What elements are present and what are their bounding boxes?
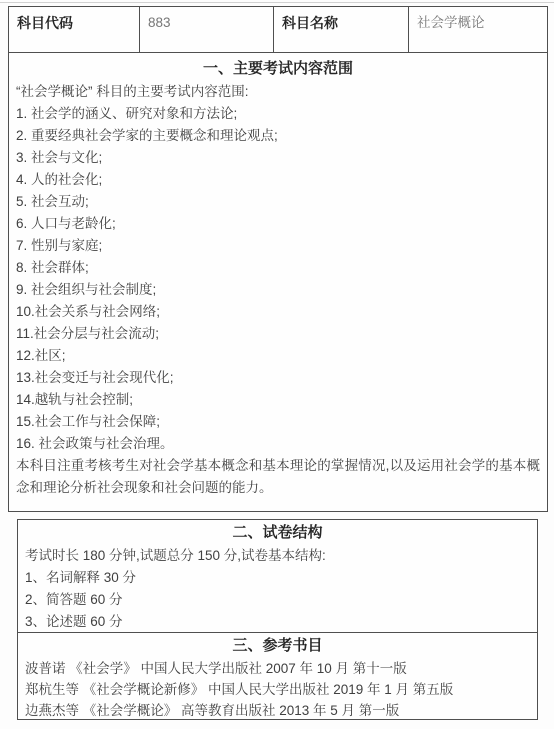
reference-book-1: 波普诺 《社会学》 中国人民大学出版社 2007 年 10 月 第十一版 — [25, 658, 530, 679]
scope-item-3: 3. 社会与文化; — [16, 147, 540, 169]
document-page: 科目代码 883 科目名称 社会学概论 一、主要考试内容范围 “社会学概论” 科… — [0, 0, 554, 729]
scope-item-14: 14.越轨与社会控制; — [16, 389, 540, 411]
scope-item-16: 16. 社会政策与社会治理。 — [16, 433, 540, 455]
scope-item-1: 1. 社会学的涵义、研究对象和方法论; — [16, 103, 540, 125]
scope-item-9: 9. 社会组织与社会制度; — [16, 279, 540, 301]
scope-item-6: 6. 人口与老龄化; — [16, 213, 540, 235]
scope-item-5: 5. 社会互动; — [16, 191, 540, 213]
subject-header-row: 科目代码 883 科目名称 社会学概论 — [9, 7, 547, 53]
scope-section-title: 一、主要考试内容范围 — [16, 56, 540, 81]
page-top-divider — [0, 2, 554, 3]
scope-item-12: 12.社区; — [16, 345, 540, 367]
scope-note: 本科目注重考核考生对社会学基本概念和基本理论的掌握情况,以及运用社会学的基本概念… — [16, 455, 540, 499]
scope-item-10: 10.社会关系与社会网络; — [16, 301, 540, 323]
main-scope-section: 一、主要考试内容范围 “社会学概论” 科目的主要考试内容范围: 1. 社会学的涵… — [9, 53, 547, 503]
reference-book-2: 郑杭生等 《社会学概论新修》 中国人民大学出版社 2019 年 1 月 第五版 — [25, 679, 530, 700]
subject-name-value: 社会学概论 — [409, 7, 547, 52]
scope-item-11: 11.社会分层与社会流动; — [16, 323, 540, 345]
scope-item-2: 2. 重要经典社会学家的主要概念和理论观点; — [16, 125, 540, 147]
scope-intro: “社会学概论” 科目的主要考试内容范围: — [16, 81, 540, 103]
reference-books-title: 三、参考书目 — [25, 634, 530, 658]
subject-name-label: 科目名称 — [274, 7, 409, 52]
exam-structure-summary: 考试时长 180 分钟,试题总分 150 分,试卷基本结构: — [25, 545, 530, 567]
scope-item-4: 4. 人的社会化; — [16, 169, 540, 191]
subject-code-label: 科目代码 — [9, 7, 140, 52]
scope-item-15: 15.社会工作与社会保障; — [16, 411, 540, 433]
exam-structure-section: 二、试卷结构 考试时长 180 分钟,试题总分 150 分,试卷基本结构: 1、… — [18, 520, 537, 633]
scope-item-13: 13.社会变迁与社会现代化; — [16, 367, 540, 389]
syllabus-table: 科目代码 883 科目名称 社会学概论 一、主要考试内容范围 “社会学概论” 科… — [8, 6, 548, 512]
reference-book-3: 边燕杰等 《社会学概论》 高等教育出版社 2013 年 5 月 第一版 — [25, 700, 530, 720]
exam-info-table: 二、试卷结构 考试时长 180 分钟,试题总分 150 分,试卷基本结构: 1、… — [17, 519, 538, 720]
scope-item-7: 7. 性别与家庭; — [16, 235, 540, 257]
subject-code-value: 883 — [140, 7, 274, 52]
reference-books-section: 三、参考书目 波普诺 《社会学》 中国人民大学出版社 2007 年 10 月 第… — [18, 633, 537, 720]
exam-structure-line-1: 1、名词解释 30 分 — [25, 567, 530, 589]
exam-structure-line-2: 2、简答题 60 分 — [25, 589, 530, 611]
exam-structure-line-3: 3、论述题 60 分 — [25, 611, 530, 633]
exam-structure-title: 二、试卷结构 — [25, 521, 530, 545]
scope-item-8: 8. 社会群体; — [16, 257, 540, 279]
